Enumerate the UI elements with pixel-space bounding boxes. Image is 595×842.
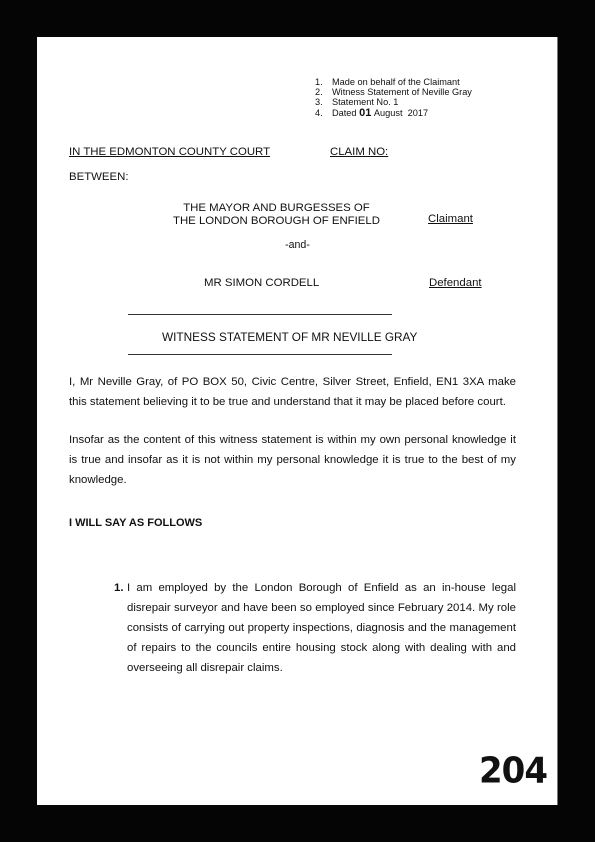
knowledge-paragraph: Insofar as the content of this witness s… — [69, 430, 516, 490]
claim-number-label: CLAIM NO: — [330, 146, 388, 158]
document-page: 1. Made on behalf of the Claimant 2. Wit… — [37, 37, 558, 805]
meta-item: 1. Made on behalf of the Claimant — [315, 77, 472, 87]
title-rule-top — [128, 314, 392, 315]
and-separator: -and- — [37, 239, 558, 251]
handwritten-page-number: 204 — [479, 750, 547, 792]
meta-item: 3. Statement No. 1 — [315, 97, 472, 107]
page-edge-shadow — [557, 37, 558, 805]
section-heading: I WILL SAY AS FOLLOWS — [69, 517, 202, 529]
handwritten-day: 01 — [359, 108, 371, 118]
statement-title: WITNESS STATEMENT OF MR NEVILLE GRAY — [162, 330, 417, 344]
intro-paragraph: I, Mr Neville Gray, of PO BOX 50, Civic … — [69, 372, 516, 412]
claimant-name: THE MAYOR AND BURGESSES OF THE LONDON BO… — [173, 202, 380, 228]
numbered-paragraph: 1. I am employed by the London Borough o… — [114, 578, 516, 678]
document-meta-list: 1. Made on behalf of the Claimant 2. Wit… — [315, 77, 472, 118]
claimant-label: Claimant — [428, 213, 473, 225]
defendant-name: MR SIMON CORDELL — [204, 277, 319, 289]
court-name: IN THE EDMONTON COUNTY COURT — [69, 146, 270, 158]
meta-item: 2. Witness Statement of Neville Gray — [315, 87, 472, 97]
meta-item-date: 4. Dated 01 August 2017 — [315, 108, 472, 118]
defendant-label: Defendant — [429, 277, 482, 289]
title-rule-bottom — [128, 354, 392, 355]
between-label: BETWEEN: — [69, 171, 129, 183]
